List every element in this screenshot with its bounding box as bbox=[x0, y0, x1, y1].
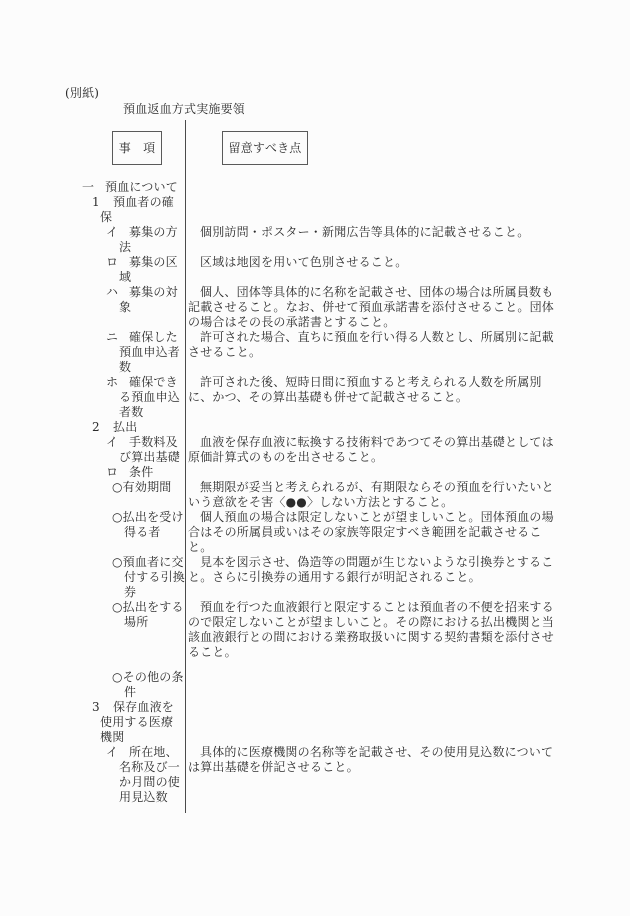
table-row: ハ募集の対象個人、団体等具体的に名称を記載させ、団体の場合は所属員数も記載させる… bbox=[75, 285, 570, 330]
note-cell: 見本を図示させ、偽造等の問題が生じないような引換券とすること。さらに引換券の通用… bbox=[185, 555, 560, 585]
note-cell: 無期限が妥当と考えられるが、有期限ならその預血を行いたいという意欲をそ害〈●●〉… bbox=[185, 480, 560, 510]
item-cell: イ所在地、名称及び一か月間の使用見込数 bbox=[75, 745, 185, 805]
item-label: 募集の対象 bbox=[119, 285, 185, 315]
table-row: ○払出をする場所預血を行つた血液銀行と限定することは預血者の不便を招来するので限… bbox=[75, 600, 570, 660]
item-cell: 2払出 bbox=[75, 420, 185, 435]
column-header-items-label: 事 項 bbox=[119, 141, 156, 156]
note-cell: 血液を保存血液に転換する技術料であつてその算出基礎としては原価計算式のものを出さ… bbox=[185, 435, 560, 465]
item-label: 所在地、名称及び一か月間の使用見込数 bbox=[119, 745, 185, 805]
table-row: ○預血者に交付する引換券見本を図示させ、偽造等の問題が生じないような引換券とする… bbox=[75, 555, 570, 600]
item-cell: 1預血者の確保 bbox=[75, 195, 185, 225]
item-marker: 1 bbox=[92, 195, 100, 210]
item-cell: ロ条件 bbox=[75, 465, 185, 480]
item-label: 手数料及び算出基礎 bbox=[119, 435, 185, 465]
item-label: ○預血者に交付する引換券 bbox=[112, 555, 185, 600]
table-row: 3保存血液を使用する医療機関 bbox=[75, 700, 570, 745]
item-marker: イ bbox=[106, 435, 119, 450]
table-row: ロ条件 bbox=[75, 465, 570, 480]
note-cell: 区域は地図を用いて色別させること。 bbox=[185, 255, 560, 270]
item-cell: ○預血者に交付する引換券 bbox=[75, 555, 185, 600]
table-row: ニ確保した預血申込者数許可された場合、直ちに預血を行い得る人数とし、所属別に記載… bbox=[75, 330, 570, 375]
item-cell: 一預血について bbox=[75, 180, 185, 195]
items-table: 一預血について1預血者の確保イ募集の方法個別訪問・ポスター・新聞広告等具体的に記… bbox=[75, 180, 570, 805]
item-cell: ○払出をする場所 bbox=[75, 600, 185, 630]
note-cell: 許可された後、短時日間に預血すると考えられる人数を所属別に、かつ、その算出基礎も… bbox=[185, 375, 560, 405]
item-cell: ニ確保した預血申込者数 bbox=[75, 330, 185, 375]
column-header-items-box: 事 項 bbox=[112, 131, 162, 165]
item-marker: ハ bbox=[106, 285, 119, 300]
item-label: ○有効期間 bbox=[112, 480, 185, 495]
document-page: (別紙) 預血返血方式実施要領 事 項 留意すべき点 一預血について1預血者の確… bbox=[0, 0, 630, 916]
note-cell: 個別訪問・ポスター・新聞広告等具体的に記載させること。 bbox=[185, 225, 560, 240]
table-row: イ手数料及び算出基礎血液を保存血液に転換する技術料であつてその算出基礎としては原… bbox=[75, 435, 570, 465]
item-cell: ○払出を受け得る者 bbox=[75, 510, 185, 540]
table-row: ホ確保できる預血申込者数許可された後、短時日間に預血すると考えられる人数を所属別… bbox=[75, 375, 570, 420]
item-label: 預血者の確保 bbox=[100, 195, 185, 225]
item-marker: イ bbox=[106, 745, 119, 760]
item-marker: ロ bbox=[106, 465, 119, 480]
item-marker: 一 bbox=[82, 180, 105, 195]
note-cell: 個人、団体等具体的に名称を記載させ、団体の場合は所属員数も記載させること。なお、… bbox=[185, 285, 560, 330]
item-label: 預血について bbox=[105, 180, 185, 195]
item-marker: 3 bbox=[92, 700, 100, 715]
item-marker: ホ bbox=[106, 375, 119, 390]
item-marker: 2 bbox=[92, 420, 100, 435]
item-label: ○払出をする場所 bbox=[112, 600, 185, 630]
item-cell: ○その他の条件 bbox=[75, 670, 185, 700]
table-row: ○有効期間無期限が妥当と考えられるが、有期限ならその預血を行いたいという意欲をそ… bbox=[75, 480, 570, 510]
item-cell: ロ募集の区域 bbox=[75, 255, 185, 285]
item-label: 確保した預血申込者数 bbox=[119, 330, 185, 375]
column-header-notes-box: 留意すべき点 bbox=[222, 131, 308, 165]
item-label: 条件 bbox=[119, 465, 185, 480]
item-cell: ホ確保できる預血申込者数 bbox=[75, 375, 185, 420]
table-row: 一預血について bbox=[75, 180, 570, 195]
note-cell: 許可された場合、直ちに預血を行い得る人数とし、所属別に記載させること。 bbox=[185, 330, 560, 360]
item-label: 募集の区域 bbox=[119, 255, 185, 285]
item-label: 確保できる預血申込者数 bbox=[119, 375, 185, 420]
item-cell: 3保存血液を使用する医療機関 bbox=[75, 700, 185, 745]
table-row: ロ募集の区域区域は地図を用いて色別させること。 bbox=[75, 255, 570, 285]
item-label: ○払出を受け得る者 bbox=[112, 510, 185, 540]
table-row: 2払出 bbox=[75, 420, 570, 435]
item-marker: イ bbox=[106, 225, 119, 240]
item-cell: イ手数料及び算出基礎 bbox=[75, 435, 185, 465]
item-label: ○その他の条件 bbox=[112, 670, 185, 700]
table-row: ○その他の条件 bbox=[75, 670, 570, 700]
table-row: イ募集の方法個別訪問・ポスター・新聞広告等具体的に記載させること。 bbox=[75, 225, 570, 255]
item-label: 募集の方法 bbox=[119, 225, 185, 255]
item-cell: ハ募集の対象 bbox=[75, 285, 185, 315]
item-cell: ○有効期間 bbox=[75, 480, 185, 495]
item-marker: ニ bbox=[106, 330, 119, 345]
item-marker: ロ bbox=[106, 255, 119, 270]
item-label: 払出 bbox=[100, 420, 185, 435]
note-cell: 個人預血の場合は限定しないことが望ましいこと。団体預血の場合はその所属員或いはそ… bbox=[185, 510, 560, 555]
table-row: 1預血者の確保 bbox=[75, 195, 570, 225]
table-row: ○払出を受け得る者個人預血の場合は限定しないことが望ましいこと。団体預血の場合は… bbox=[75, 510, 570, 555]
column-header-notes-label: 留意すべき点 bbox=[229, 141, 302, 156]
item-label: 保存血液を使用する医療機関 bbox=[100, 700, 185, 745]
item-cell: イ募集の方法 bbox=[75, 225, 185, 255]
note-cell: 預血を行つた血液銀行と限定することは預血者の不便を招来するので限定しないことが望… bbox=[185, 600, 560, 660]
document-title: 預血返血方式実施要領 bbox=[123, 102, 245, 117]
attachment-label: (別紙) bbox=[65, 86, 99, 101]
note-cell: 具体的に医療機関の名称等を記載させ、その使用見込数については算出基礎を併記させる… bbox=[185, 745, 560, 775]
table-row: イ所在地、名称及び一か月間の使用見込数具体的に医療機関の名称等を記載させ、その使… bbox=[75, 745, 570, 805]
